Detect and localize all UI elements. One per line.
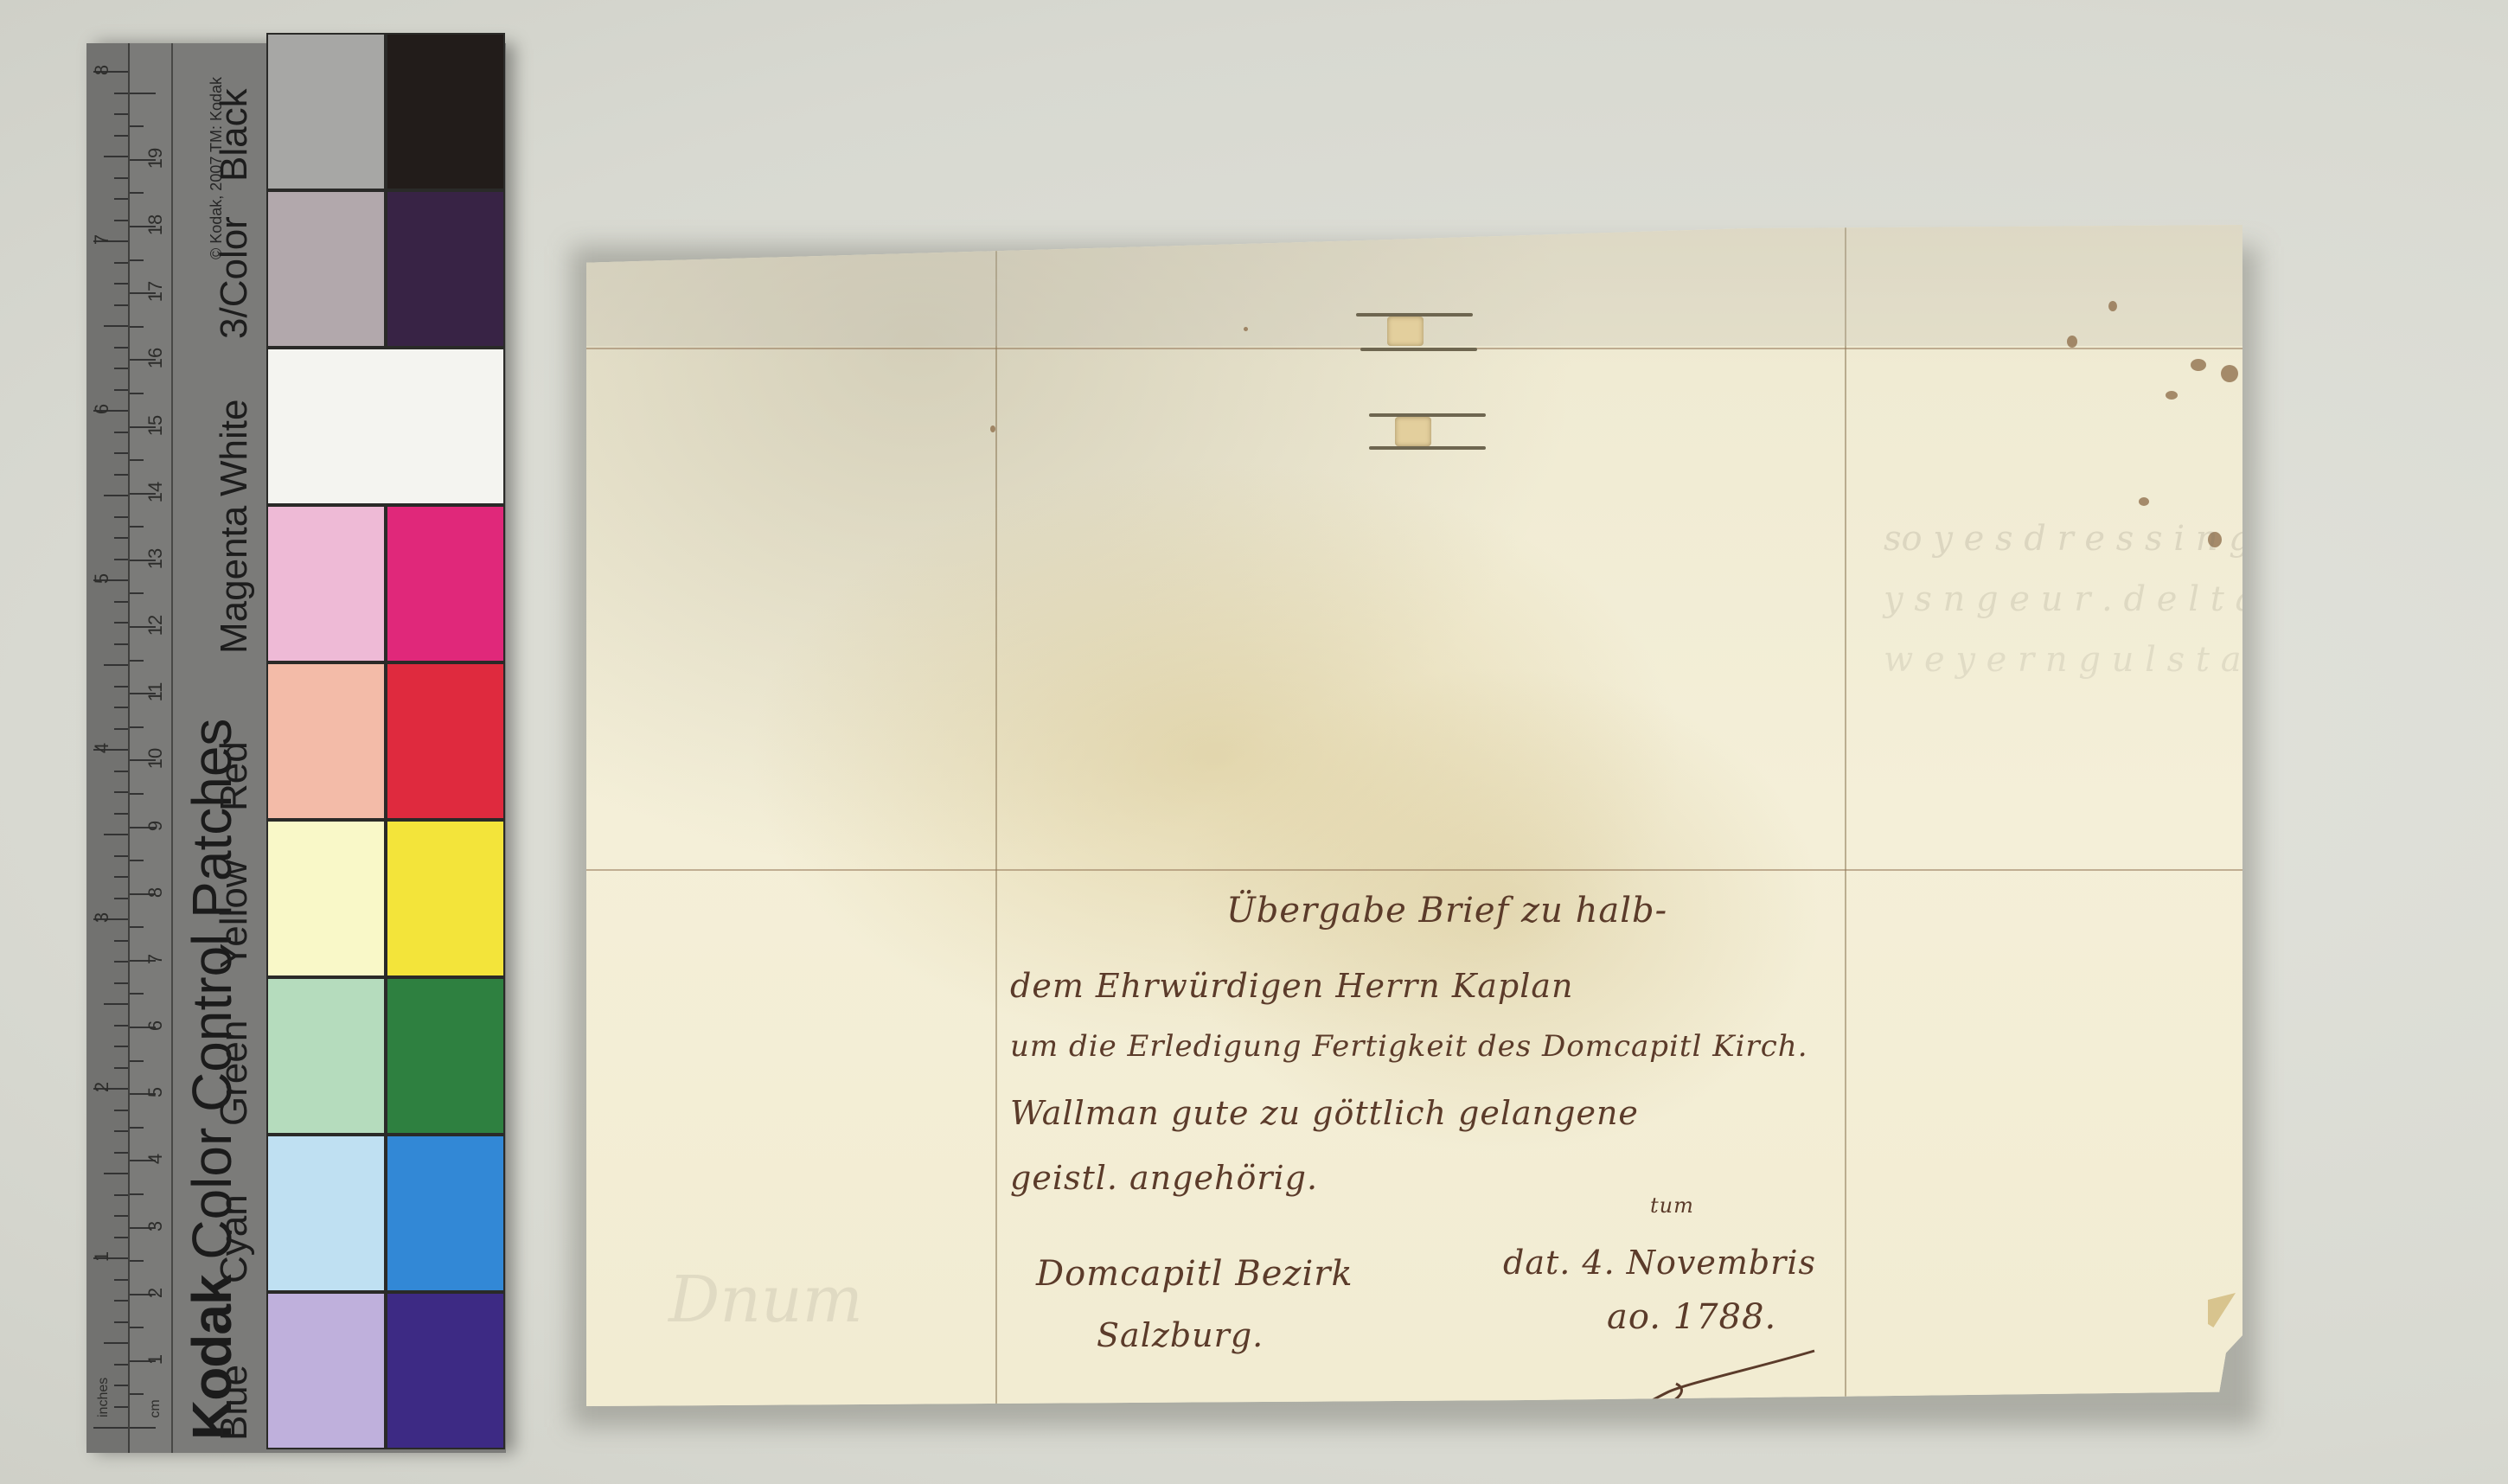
cm-mark: 5 (144, 1075, 167, 1110)
seal-slit (1360, 348, 1477, 351)
bleed-through-text: w e y e r n g u l s t a m i r (1884, 640, 2335, 680)
inches-label: inches (96, 1383, 112, 1417)
cm-mark: 16 (144, 341, 167, 375)
cm-mark: 6 (144, 1008, 167, 1043)
cm-mark: 19 (144, 141, 167, 176)
color-patches (266, 33, 507, 1453)
cm-mark: 2 (144, 1276, 167, 1310)
cm-mark: 8 (144, 875, 167, 910)
cm-mark: 4 (144, 1142, 167, 1176)
cm-mark: 14 (144, 475, 167, 509)
cm-mark: 9 (144, 809, 167, 843)
stain-spot (2108, 301, 2117, 311)
patch-cyan-dark (386, 1135, 505, 1292)
patch-yellow-dark (386, 820, 505, 977)
cm-label: cm (148, 1391, 163, 1426)
inch-mark: 7 (91, 222, 113, 257)
inch-mark: 6 (91, 392, 113, 426)
bleed-through-signature: Dnum (669, 1263, 863, 1337)
patch-blue-light (266, 1292, 386, 1449)
cm-mark: 1 (144, 1342, 167, 1377)
patch-label: Green (213, 1020, 256, 1126)
letter-line: Wallman gute zu göttlich gelangene (1010, 1094, 1639, 1132)
fold-line (995, 225, 997, 1406)
signature-line: Domcapitl Bezirk (1036, 1254, 1353, 1294)
patch-magenta-light (266, 505, 386, 662)
seal-tab-icon (1395, 417, 1431, 446)
cm-mark: 12 (144, 608, 167, 643)
patch-3-color-light (266, 190, 386, 348)
inch-mark: 1 (91, 1239, 113, 1274)
fold-line (586, 869, 2242, 871)
patch-label: Blue (213, 1365, 256, 1441)
cm-ruler: 12345678910111213141516171819cm (130, 43, 173, 1453)
patch-green-dark (386, 977, 505, 1135)
patch-label: Yellow (213, 860, 256, 969)
patch-red-dark (386, 662, 505, 820)
bleed-through-text: so y e s d r e s s i n g t n f o (1884, 519, 2364, 559)
date-superscript: tum (1650, 1193, 1694, 1218)
patch-black-dark (386, 33, 505, 190)
patch-red-light (266, 662, 386, 820)
stain-spot (2067, 336, 2077, 348)
patch-yellow-light (266, 820, 386, 977)
cm-mark: 17 (144, 274, 167, 309)
stain-spot (2139, 497, 2149, 506)
inch-mark: 2 (91, 1070, 113, 1104)
letter-line: dem Ehrwürdigen Herrn Kaplan (1010, 967, 1573, 1005)
inch-mark: 8 (91, 53, 113, 87)
letter-line: um die Erledigung Fertigkeit des Domcapi… (1010, 1029, 1808, 1064)
cm-mark: 7 (144, 942, 167, 976)
patch-3-color-dark (386, 190, 505, 348)
cm-mark: 18 (144, 208, 167, 242)
patch-blue-dark (386, 1292, 505, 1449)
cm-mark: 11 (144, 675, 167, 709)
patch-black-light (266, 33, 386, 190)
patch-label: Black (213, 88, 256, 182)
stain-spot (2191, 359, 2206, 371)
inch-mark: 3 (91, 900, 113, 935)
cm-mark: 13 (144, 541, 167, 576)
stain-spot (990, 425, 995, 432)
kodak-color-target: 12345678inches 1234567891011121314151617… (86, 43, 506, 1453)
year-line: ao. 1788. (1607, 1297, 1776, 1337)
cm-mark: 15 (144, 408, 167, 443)
folded-letter: so y e s d r e s s i n g t n f o y s n g… (586, 225, 2242, 1406)
date-line: dat. 4. Novembris (1503, 1244, 1816, 1282)
cm-mark: 10 (144, 741, 167, 776)
letter-heading: Übergabe Brief zu halb- (1226, 891, 1667, 931)
patch-label: Red (213, 741, 256, 811)
inch-mark: 4 (91, 731, 113, 765)
stain-spot (2166, 391, 2178, 400)
patch-green-light (266, 977, 386, 1135)
stain-spot (2221, 365, 2238, 382)
inch-mark: 5 (91, 561, 113, 596)
fold-line (1845, 225, 1846, 1406)
signature-line: Salzburg. (1097, 1316, 1264, 1354)
stain-spot (1244, 327, 1248, 331)
letter-line: geistl. angehörig. (1010, 1159, 1318, 1197)
patch-label: Magenta (213, 506, 256, 654)
seal-slit (1369, 446, 1486, 450)
seal-tab-icon (1387, 317, 1424, 346)
patch-white (266, 348, 505, 505)
cm-mark: 3 (144, 1209, 167, 1244)
inch-ruler: 12345678inches (86, 43, 130, 1453)
patch-label: White (213, 400, 256, 496)
patch-label: 3/Color (213, 216, 256, 339)
bleed-through-text: y s n g e u r . d e l t a r n s (1884, 579, 2345, 619)
patch-cyan-light (266, 1135, 386, 1292)
patch-label: Cyan (213, 1194, 256, 1283)
patch-magenta-dark (386, 505, 505, 662)
